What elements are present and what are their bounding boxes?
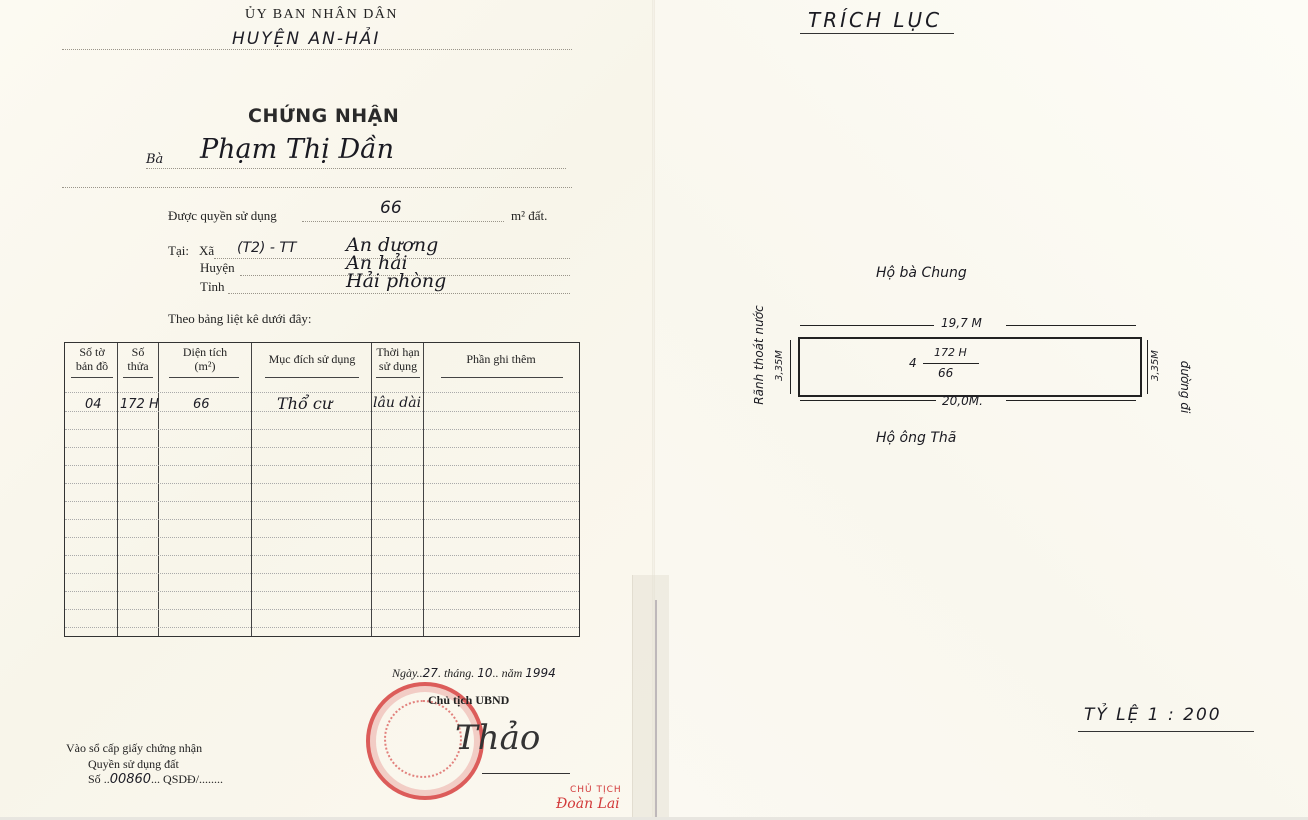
- header-line: Diện tích: [160, 345, 250, 359]
- province-label: Tỉnh: [200, 279, 225, 295]
- district-label: Huyện: [200, 260, 235, 276]
- column-purpose: [251, 343, 372, 636]
- issue-date: Ngày..27. tháng. 10.. năm 1994: [392, 666, 556, 681]
- divider: [146, 168, 566, 169]
- district-heading: HUYỆN AN-HẢI: [232, 29, 380, 49]
- parcel-fraction-bar: [923, 363, 979, 364]
- land-parcel-table: Số tờ bản đồ Số thửa Diện tích (m²) Mục …: [64, 342, 580, 637]
- tear-line: [655, 600, 657, 820]
- top-length-label: 19,7 M: [941, 316, 982, 330]
- extract-title: TRÍCH LỤC: [808, 8, 942, 32]
- right-dimension-arrow: [1147, 340, 1148, 394]
- column-area: [158, 343, 252, 636]
- cell-area: 66: [193, 397, 210, 412]
- table-header: Diện tích (m²): [160, 345, 250, 373]
- area-value: 66: [380, 198, 402, 218]
- header-line: Số tờ: [67, 345, 117, 359]
- registry-number: Số ..00860... QSDĐ/........: [88, 772, 223, 787]
- cell-map-sheet: 04: [85, 397, 102, 412]
- row-rule: [65, 501, 579, 502]
- stamp-emblem: [384, 700, 462, 778]
- cell-parcel: 172 H: [120, 397, 159, 412]
- header-underline: [265, 377, 359, 378]
- registry-line-2: Quyền sử dụng đất: [88, 757, 179, 772]
- row-rule: [65, 483, 579, 484]
- header-underline: [169, 377, 239, 378]
- divider: [228, 293, 570, 294]
- registry-suffix: QSDĐ/........: [163, 772, 223, 786]
- scale-underline: [1078, 731, 1254, 732]
- divider: [62, 49, 572, 50]
- row-rule: [65, 555, 579, 556]
- top-dimension-arrow-right: [1006, 325, 1136, 326]
- area-unit: m² đất.: [511, 208, 547, 224]
- registry-number-label: Số: [88, 772, 101, 786]
- signature: Thảo: [455, 718, 540, 758]
- row-rule: [65, 591, 579, 592]
- left-dimension-arrow: [790, 340, 791, 394]
- cell-term: lâu dài: [373, 395, 421, 411]
- header-underline: [441, 377, 563, 378]
- bottom-dimension-arrow-left: [800, 400, 936, 401]
- header-line: Thời hạn: [373, 345, 423, 359]
- day-label: Ngày: [392, 666, 417, 680]
- row-rule: [65, 573, 579, 574]
- table-intro: Theo bảng liệt kê dưới đây:: [168, 311, 312, 327]
- month-label: tháng: [444, 666, 471, 680]
- west-boundary-label: Rãnh thoát nước: [752, 290, 766, 420]
- row-rule: [65, 519, 579, 520]
- holder-prefix: Bà: [146, 152, 163, 167]
- header-line: sử dụng: [373, 359, 423, 373]
- row-rule: [65, 537, 579, 538]
- signer-stamp-name: Đoàn Lai: [556, 796, 620, 812]
- left-width-label: 3,35M: [774, 350, 785, 381]
- row-rule: [65, 447, 579, 448]
- bottom-dimension-arrow-right: [1006, 400, 1136, 401]
- south-neighbor-label: Hộ ông Thã: [876, 430, 956, 446]
- signer-stamp-title: CHỦ TỊCH: [570, 785, 622, 795]
- year-value: 1994: [525, 666, 556, 680]
- title-underline: [800, 33, 954, 34]
- header-line: thửa: [119, 359, 157, 373]
- row-rule: [65, 465, 579, 466]
- table-header: Mục đích sử dụng: [253, 352, 371, 366]
- right-width-label: 3,35M: [1150, 350, 1161, 381]
- certificate-left-page: ỦY BAN NHÂN DÂN HUYỆN AN-HẢI CHỨNG NHẬN …: [0, 0, 655, 820]
- table-header: Thời hạn sử dụng: [373, 345, 423, 373]
- year-label: năm: [502, 666, 523, 680]
- header-line: (m²): [160, 359, 250, 373]
- tape-strip: [632, 575, 669, 820]
- row-rule: [65, 609, 579, 610]
- header-line: Mục đích sử dụng: [253, 352, 371, 366]
- row-rule: [65, 429, 579, 430]
- location-label: Tại:: [168, 243, 189, 259]
- row-rule: [65, 392, 579, 393]
- table-header: Số tờ bản đồ: [67, 345, 117, 373]
- registry-number-value: 00860: [110, 772, 151, 787]
- registry-line-1: Vào sổ cấp giấy chứng nhận: [66, 741, 202, 756]
- column-map-sheet: [65, 343, 118, 636]
- commune-prefix: (T2) - TT: [237, 240, 296, 256]
- commune-label: Xã: [199, 243, 214, 259]
- top-dimension-arrow-left: [800, 325, 934, 326]
- table-header: Phần ghi thêm: [425, 352, 577, 366]
- holder-name: Phạm Thị Dần: [200, 134, 394, 165]
- header-underline: [123, 377, 153, 378]
- certificate-title: CHỨNG NHẬN: [248, 105, 399, 127]
- parcel-number: 172 H: [934, 346, 967, 359]
- divider: [302, 221, 504, 222]
- parcel-sheet-number: 4: [909, 356, 917, 370]
- column-term: [371, 343, 424, 636]
- bottom-length-label: 20,0M.: [942, 394, 983, 408]
- north-neighbor-label: Hộ bà Chung: [876, 265, 967, 281]
- land-parcel-plot: [798, 337, 1142, 397]
- signature-underline: [482, 773, 570, 774]
- scale-label: TỶ LỆ 1 : 200: [1084, 705, 1222, 725]
- province-value: Hải phòng: [346, 270, 446, 292]
- table-header: Số thửa: [119, 345, 157, 373]
- divider: [62, 187, 572, 188]
- header-line: bản đồ: [67, 359, 117, 373]
- signer-title: Chủ tịch UBND: [428, 693, 509, 708]
- row-rule: [65, 627, 579, 628]
- cell-purpose: Thổ cư: [277, 394, 332, 413]
- header-underline: [71, 377, 113, 378]
- authority-heading: ỦY BAN NHÂN DÂN: [245, 7, 398, 23]
- month-value: 10: [477, 666, 492, 680]
- area-label: Được quyền sử dụng: [168, 208, 277, 224]
- header-underline: [376, 377, 420, 378]
- column-parcel: [117, 343, 159, 636]
- header-line: Phần ghi thêm: [425, 352, 577, 366]
- day-value: 27: [423, 666, 438, 680]
- east-boundary-label: đường đi: [1178, 352, 1192, 422]
- header-line: Số: [119, 345, 157, 359]
- parcel-area: 66: [938, 366, 953, 380]
